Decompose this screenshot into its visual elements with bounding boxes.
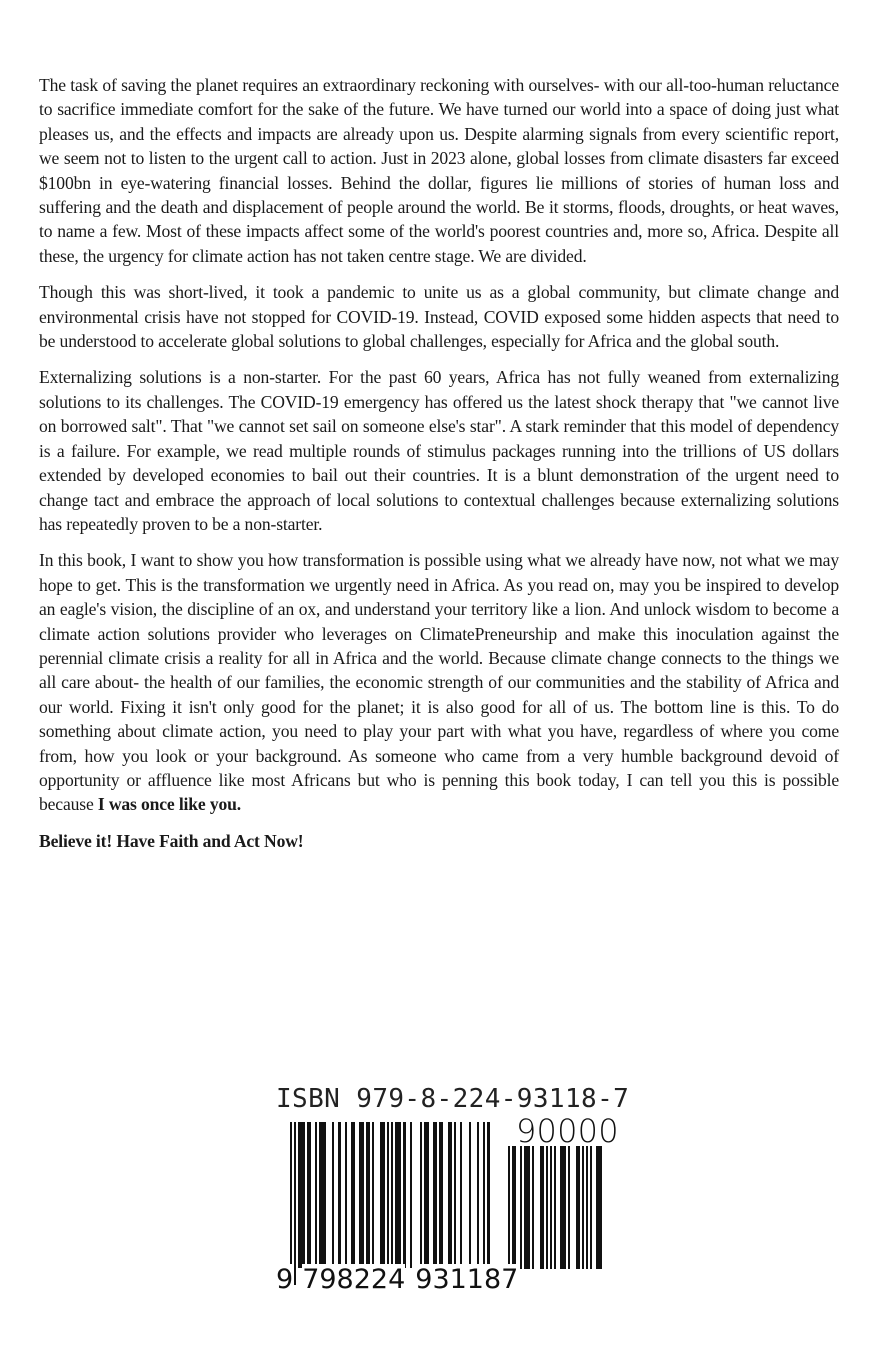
paragraph-4: In this book, I want to show you how tra… [39, 548, 839, 816]
barcode-bar [338, 1122, 340, 1268]
barcode-bar [290, 1122, 292, 1285]
barcode-bar [332, 1122, 334, 1268]
addon-barcode-bar [582, 1146, 584, 1269]
barcode-bar [477, 1122, 479, 1268]
paragraph-4-body: In this book, I want to show you how tra… [39, 550, 839, 814]
barcode-bar [454, 1122, 456, 1268]
addon-barcode-bar [564, 1146, 566, 1269]
addon-barcode-bar [520, 1146, 522, 1269]
barcode-bar [399, 1122, 401, 1268]
isbn-barcode: ISBN 979-8-224-93118-7 90000 97982249311… [270, 1080, 630, 1300]
ean-first-digit: 9 [276, 1264, 293, 1295]
barcode-bar [303, 1122, 305, 1268]
addon-price-code: 90000 [516, 1112, 619, 1150]
isbn-label: ISBN 979-8-224-93118-7 [276, 1084, 629, 1114]
addon-barcode-bar [532, 1146, 534, 1269]
barcode-bar [403, 1122, 405, 1268]
barcode-bar [345, 1122, 347, 1268]
barcode-bar [368, 1122, 370, 1268]
paragraph-3: Externalizing solutions is a non-starter… [39, 365, 839, 536]
barcode-bar [483, 1122, 485, 1285]
paragraph-2: Though this was short-lived, it took a p… [39, 280, 839, 353]
addon-barcode-bar [508, 1146, 510, 1269]
addon-barcode-bar [546, 1146, 548, 1269]
addon-barcode-bar [568, 1146, 570, 1269]
addon-barcode-bar [600, 1146, 602, 1269]
barcode-bar [309, 1122, 311, 1268]
addon-barcode-bar [542, 1146, 544, 1269]
ean-right-group: 931187 [415, 1264, 518, 1295]
barcode-bar [372, 1122, 374, 1268]
barcode-bar [294, 1122, 296, 1285]
paragraph-1: The task of saving the planet requires a… [39, 73, 839, 268]
addon-barcode-bar [578, 1146, 580, 1269]
addon-barcode-bar [528, 1146, 530, 1269]
barcode-bar [427, 1122, 429, 1268]
barcode-bar [410, 1122, 412, 1268]
barcode-bar [420, 1122, 422, 1268]
back-cover-text: The task of saving the planet requires a… [39, 73, 839, 865]
barcode-bar [324, 1122, 326, 1268]
addon-barcode-bar [554, 1146, 556, 1269]
closing-call-to-action: Believe it! Have Faith and Act Now! [39, 829, 839, 853]
addon-barcode-bar [586, 1146, 588, 1269]
barcode-bar [315, 1122, 317, 1268]
ean-digits: 9798224931187 [276, 1264, 518, 1295]
barcode-bar [435, 1122, 437, 1268]
barcode-bar [450, 1122, 452, 1268]
barcode-bar [361, 1122, 363, 1268]
barcode-bar [460, 1122, 462, 1268]
barcode-bar [391, 1122, 393, 1285]
addon-barcode-bar [514, 1146, 516, 1269]
barcode-bar [441, 1122, 443, 1268]
ean-left-group: 798224 [302, 1264, 405, 1295]
barcode-bar [353, 1122, 355, 1268]
barcode-bar [387, 1122, 389, 1285]
addon-barcode-bar [590, 1146, 592, 1269]
paragraph-4-emphasis: I was once like you. [98, 794, 241, 814]
barcode-bar [487, 1122, 489, 1285]
barcode-bar [382, 1122, 384, 1268]
addon-barcode-bar [550, 1146, 552, 1269]
barcode-bar [469, 1122, 471, 1268]
